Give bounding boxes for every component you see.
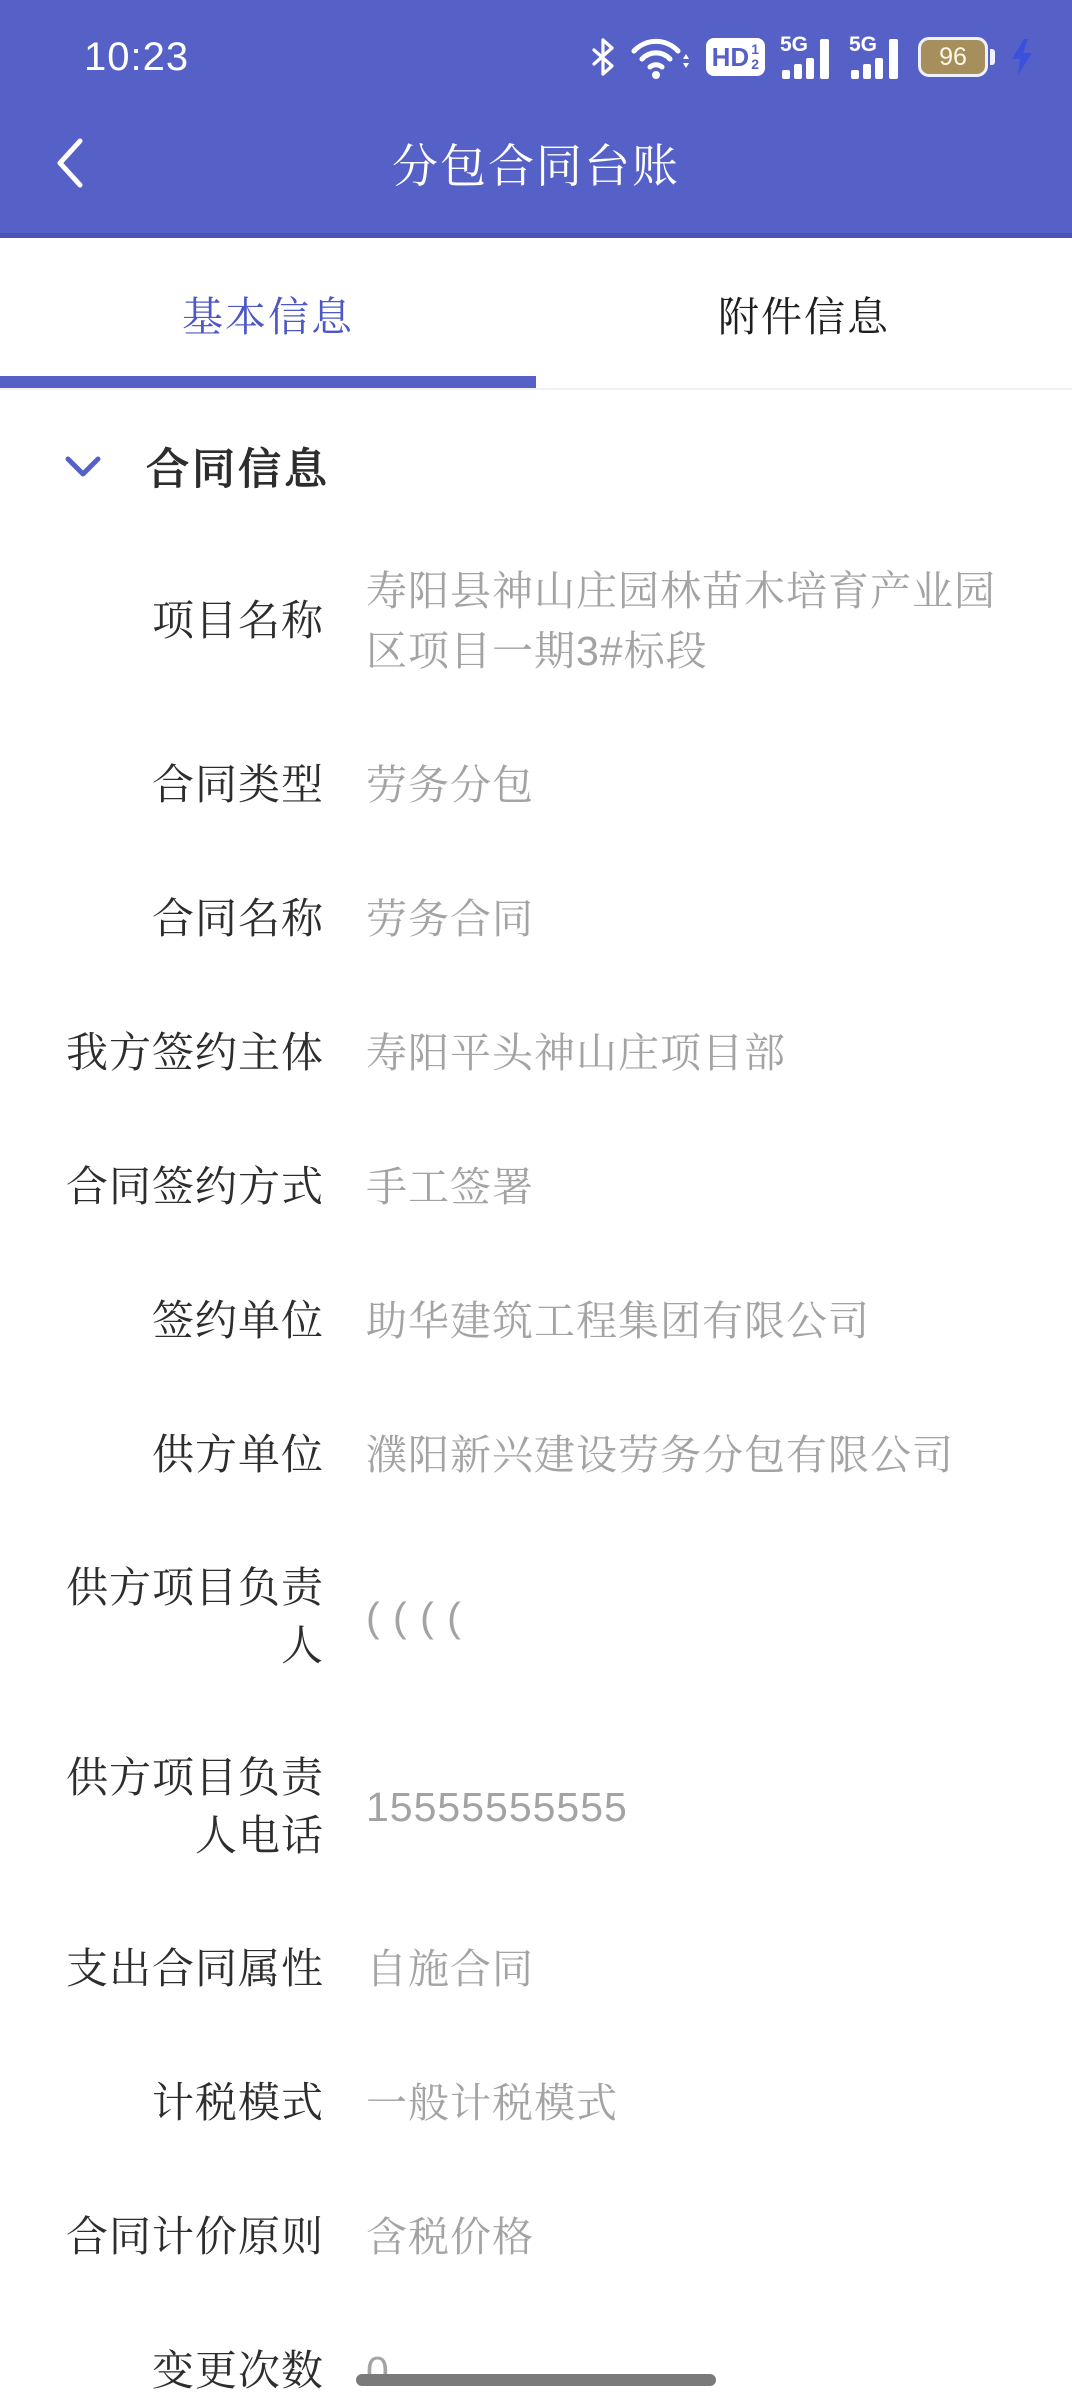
cellular-signal-icon-sim2: 5G — [849, 34, 903, 80]
field-label: 合同名称 — [24, 890, 324, 948]
back-button[interactable] — [38, 92, 102, 233]
field-row-project-name: 项目名称 寿阳县神山庄园林苗木培育产业园区项目一期3#标段 — [0, 561, 1072, 681]
page-title: 分包合同台账 — [0, 130, 1072, 196]
chevron-left-icon — [52, 135, 88, 191]
field-row-pricing-principle: 合同计价原则 含税价格 — [0, 2207, 1072, 2267]
tab-label: 附件信息 — [718, 284, 890, 343]
field-row-tax-mode: 计税模式 一般计税模式 — [0, 2073, 1072, 2133]
svg-text:5G: 5G — [849, 34, 877, 56]
field-value: 自施合同 — [366, 1939, 998, 1999]
field-row-supplier-unit: 供方单位 濮阳新兴建设劳务分包有限公司 — [0, 1425, 1072, 1485]
field-row-supplier-leader-phone: 供方项目负责人电话 15555555555 — [0, 1749, 1072, 1865]
chevron-down-icon — [64, 455, 102, 479]
field-row-contract-type: 合同类型 劳务分包 — [0, 755, 1072, 815]
field-value: 濮阳新兴建设劳务分包有限公司 — [366, 1425, 998, 1485]
form-content: 合同信息 项目名称 寿阳县神山庄园林苗木培育产业园区项目一期3#标段 合同类型 … — [0, 390, 1072, 2401]
field-label: 支出合同属性 — [24, 1940, 324, 1998]
field-value: 劳务合同 — [366, 889, 998, 949]
field-label: 供方项目负责人电话 — [24, 1749, 324, 1865]
field-label: 合同签约方式 — [24, 1158, 324, 1216]
section-header-contract-info[interactable]: 合同信息 — [0, 436, 1072, 497]
field-label: 计税模式 — [24, 2074, 324, 2132]
home-gesture-bar[interactable] — [356, 2374, 716, 2386]
field-value: 助华建筑工程集团有限公司 — [366, 1291, 998, 1351]
tab-bar: 基本信息 附件信息 — [0, 238, 1072, 390]
phone-screen: 10:23 HD 1 2 — [0, 0, 1072, 2404]
field-value: 15555555555 — [366, 1777, 998, 1837]
field-row-signing-unit: 签约单位 助华建筑工程集团有限公司 — [0, 1291, 1072, 1351]
field-row-expense-contract-attr: 支出合同属性 自施合同 — [0, 1939, 1072, 1999]
field-label: 供方项目负责人 — [24, 1559, 324, 1675]
status-time: 10:23 — [84, 35, 189, 80]
field-value: ( ( ( ( — [366, 1587, 998, 1647]
volte-hd-icon: HD 1 2 — [706, 38, 765, 76]
field-row-signing-method: 合同签约方式 手工签署 — [0, 1157, 1072, 1217]
field-row-change-count: 变更次数 0 — [0, 2341, 1072, 2401]
svg-text:5G: 5G — [780, 34, 808, 56]
bluetooth-icon — [590, 37, 616, 77]
field-value: 一般计税模式 — [366, 2073, 998, 2133]
field-label: 供方单位 — [24, 1426, 324, 1484]
cellular-signal-icon-sim1: 5G — [780, 34, 834, 80]
field-value: 寿阳平头神山庄项目部 — [366, 1023, 998, 1083]
field-row-supplier-leader: 供方项目负责人 ( ( ( ( — [0, 1559, 1072, 1675]
field-label: 变更次数 — [24, 2342, 324, 2400]
field-value: 寿阳县神山庄园林苗木培育产业园区项目一期3#标段 — [366, 561, 998, 681]
field-row-our-signing-entity: 我方签约主体 寿阳平头神山庄项目部 — [0, 1023, 1072, 1083]
active-tab-indicator — [0, 376, 536, 388]
field-label: 签约单位 — [24, 1292, 324, 1350]
field-value: 含税价格 — [366, 2207, 998, 2267]
section-title: 合同信息 — [146, 436, 330, 497]
status-icons: HD 1 2 5G 5G — [590, 34, 1034, 80]
tab-basic-info[interactable]: 基本信息 — [0, 238, 536, 388]
field-label: 我方签约主体 — [24, 1024, 324, 1082]
field-row-contract-name: 合同名称 劳务合同 — [0, 889, 1072, 949]
nav-bar: 分包合同台账 — [0, 92, 1072, 238]
field-value: 0 — [366, 2341, 998, 2401]
field-label: 合同计价原则 — [24, 2208, 324, 2266]
field-value: 手工签署 — [366, 1157, 998, 1217]
tab-attachment-info[interactable]: 附件信息 — [536, 238, 1072, 388]
field-label: 合同类型 — [24, 756, 324, 814]
battery-level: 96 — [939, 43, 967, 72]
status-bar: 10:23 HD 1 2 — [0, 0, 1072, 92]
battery-icon: 96 — [918, 37, 995, 77]
field-label: 项目名称 — [24, 592, 324, 650]
tab-label: 基本信息 — [182, 284, 354, 343]
field-value: 劳务分包 — [366, 755, 998, 815]
charging-bolt-icon — [1010, 39, 1034, 75]
wifi-icon — [631, 35, 691, 79]
